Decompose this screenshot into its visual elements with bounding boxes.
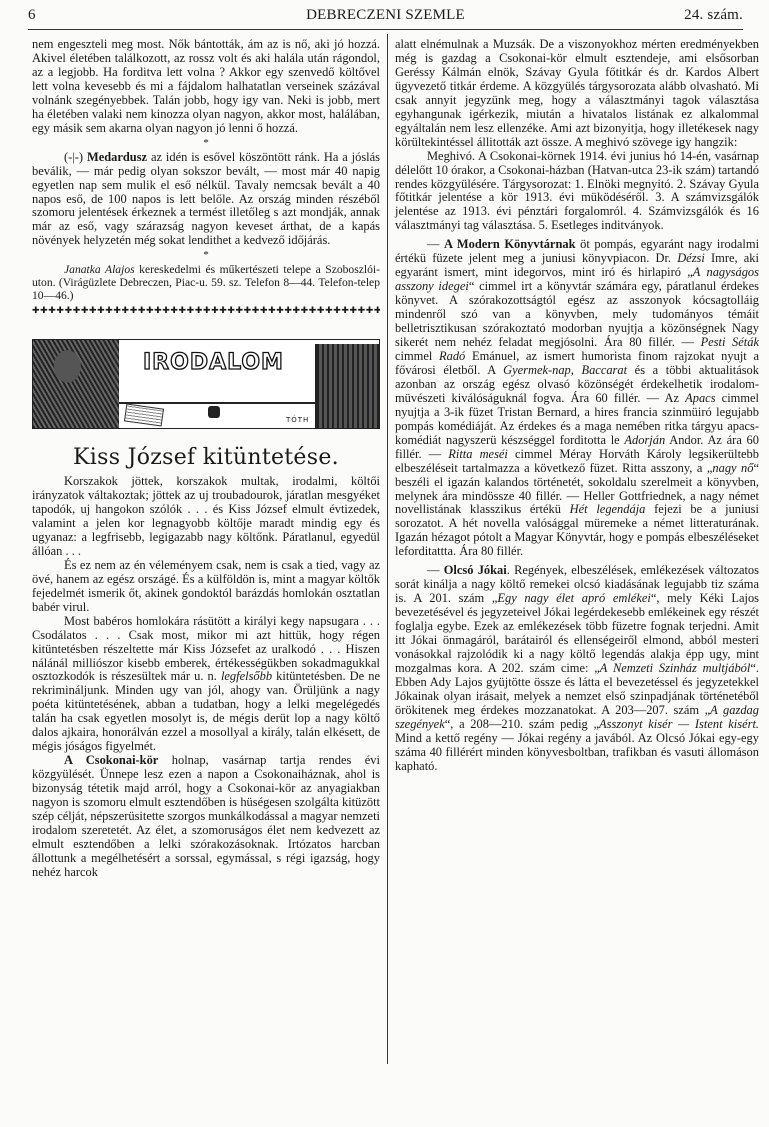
ornamental-cross-row: ✚✚✚✚✚✚✚✚✚✚✚✚✚✚✚✚✚✚✚✚✚✚✚✚✚✚✚✚✚✚✚✚✚✚✚✚✚✚✚✚…: [32, 305, 380, 317]
invitation-paragraph: Meghivó. A Csokonai-körnek 1914. évi jun…: [395, 150, 759, 234]
medardusz-heading: Medardusz: [87, 150, 147, 164]
paragraph: nem engeszteli meg most. Nők bántották, …: [32, 38, 380, 136]
publication-title: DEBRECZENI SZEMLE: [28, 7, 743, 24]
medardusz-paragraph: (-|-) Medardusz az idén is esővel köszön…: [32, 151, 380, 249]
section-divider-star: *: [32, 137, 380, 150]
column-separator: [387, 34, 388, 1064]
header-rule: [28, 29, 743, 30]
bookshelf-illustration: [315, 344, 379, 428]
paragraph: Most babéros homlokára rásütött a király…: [32, 615, 380, 755]
paragraph: alatt elnémulnak a Muzsák. De a viszonyo…: [395, 38, 759, 150]
paper-sheet-illustration: [124, 404, 164, 427]
artist-signature: TÓTH: [286, 414, 309, 428]
olcso-jokai-heading: Olcsó Jókai: [444, 563, 507, 577]
irodalom-banner-illustration: IRODALOM TÓTH: [32, 339, 380, 429]
desk-line: [119, 402, 317, 404]
writer-figure-illustration: [33, 340, 119, 428]
left-column: nem engeszteli meg most. Nők bántották, …: [32, 38, 380, 880]
csokonai-heading: A Csokonai-kör: [64, 753, 158, 767]
banner-label: IRODALOM: [143, 356, 284, 370]
olcso-jokai-paragraph: — Olcsó Jókai. Regények, elbeszélések, e…: [395, 564, 759, 773]
page-header: 6 DEBRECZENI SZEMLE 24. szám.: [28, 4, 743, 26]
paragraph: És ez nem az én véleményem csak, nem is …: [32, 559, 380, 615]
article-title: Kiss József kitüntetése.: [32, 445, 380, 471]
right-column: alatt elnémulnak a Muzsák. De a viszonyo…: [395, 38, 759, 774]
advertisement-notice: Janatka Alajos kereskedelmi és műkertész…: [32, 264, 380, 302]
modern-konyvtar-heading: A Modern Könyvtárnak: [444, 237, 575, 251]
paragraph: Korszakok jöttek, korszakok multak, irod…: [32, 475, 380, 559]
csokonai-paragraph: A Csokonai-kör holnap, vasárnap tartja r…: [32, 754, 380, 880]
modern-konyvtar-paragraph: — A Modern Könyvtárnak öt pompás, egyará…: [395, 238, 759, 559]
section-divider-star: *: [32, 249, 380, 262]
inkwell-icon: [208, 406, 220, 418]
